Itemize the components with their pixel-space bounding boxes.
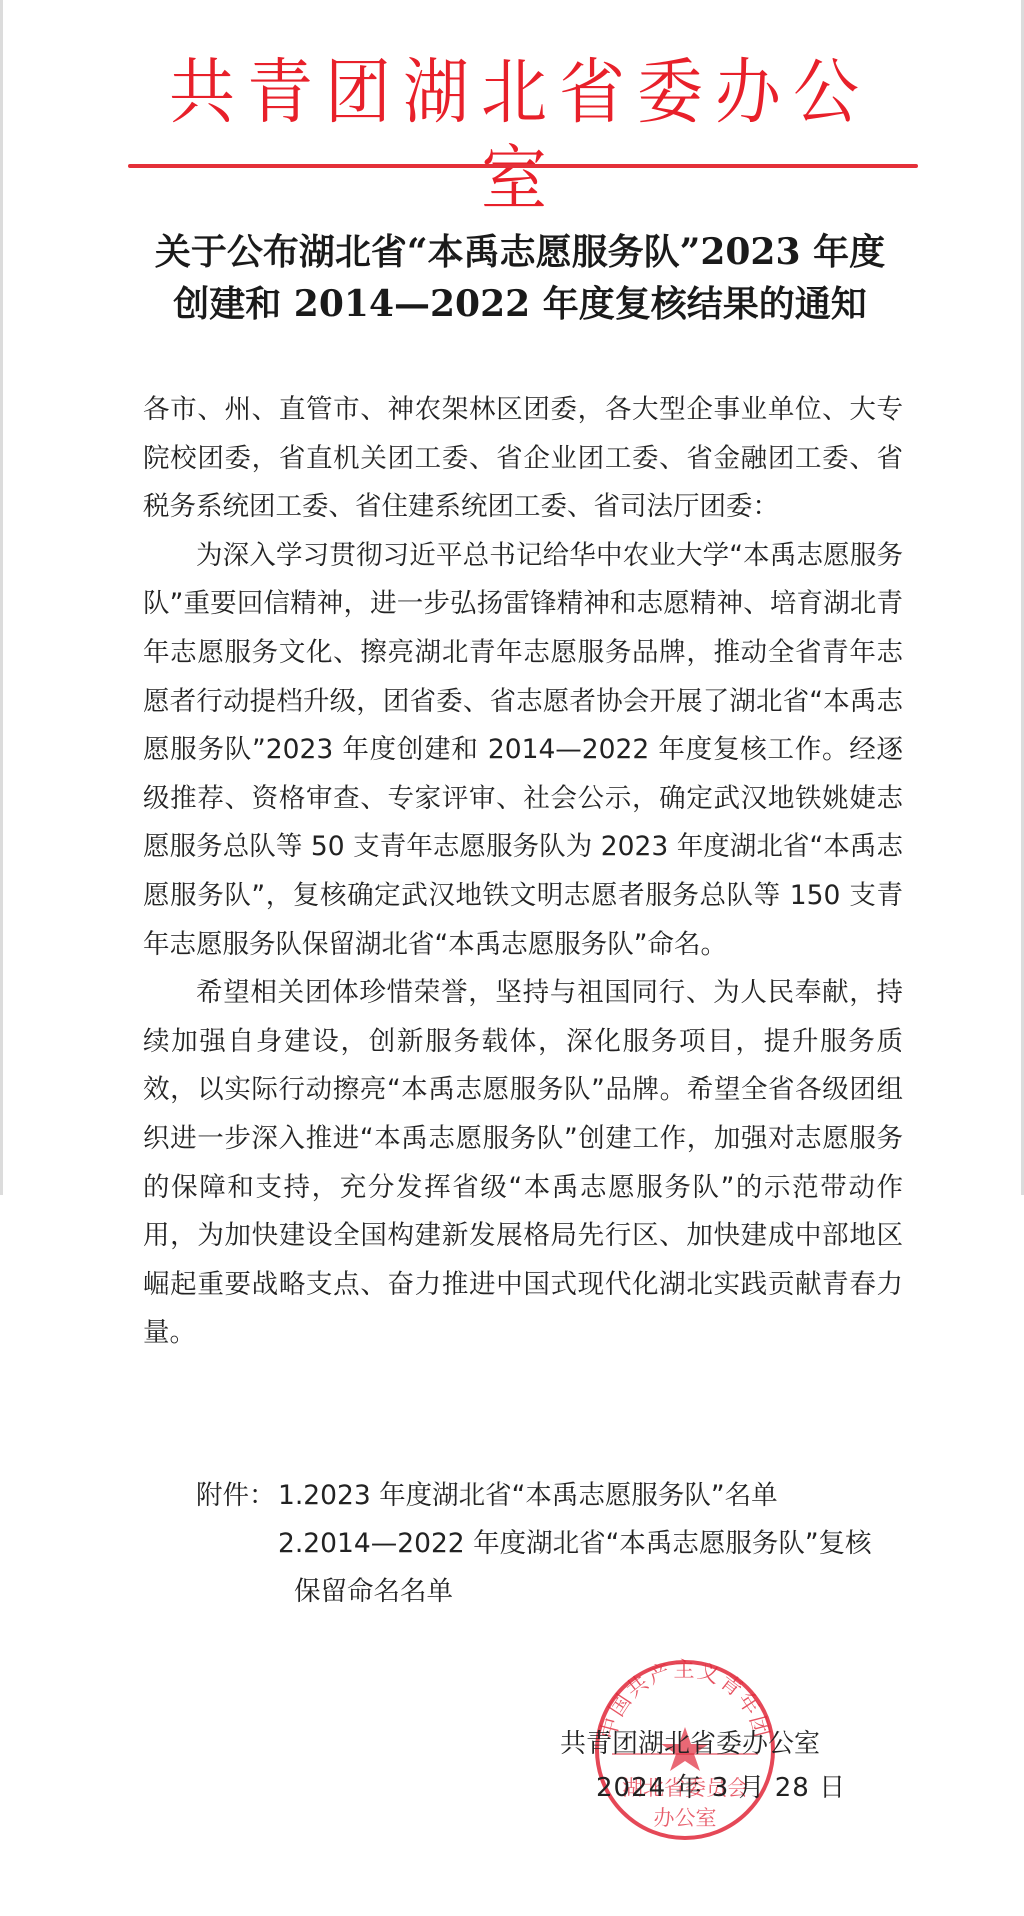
paragraph-1: 为深入学习贯彻习近平总书记给华中农业大学“本禹志愿服务队”重要回信精神，进一步弘…	[143, 532, 903, 969]
document-page: 共青团湖北省委办公室 关于公布湖北省“本禹志愿服务队”2023 年度 创建和 2…	[0, 0, 1024, 1916]
paragraph-2: 希望相关团体珍惜荣誉，坚持与祖国同行、为人民奉献，持续加强自身建设，创新服务载体…	[143, 969, 903, 1358]
document-body: 各市、州、直管市、神农架林区团委，各大型企事业单位、大专院校团委，省直机关团工委…	[143, 386, 903, 1358]
document-title: 关于公布湖北省“本禹志愿服务队”2023 年度 创建和 2014—2022 年度…	[120, 226, 920, 330]
attachments-list: 附件： 1.2023 年度湖北省“本禹志愿服务队”名单 2.2014—2022 …	[196, 1472, 916, 1616]
red-divider-rule	[128, 164, 918, 168]
attachment-item-2-continuation: 保留命名名单	[278, 1568, 916, 1616]
salutation: 各市、州、直管市、神农架林区团委，各大型企事业单位、大专院校团委，省直机关团工委…	[143, 386, 903, 532]
attachments-label: 附件：	[196, 1472, 278, 1520]
signing-organization: 共青团湖北省委办公室	[560, 1722, 900, 1766]
title-line-2: 创建和 2014—2022 年度复核结果的通知	[120, 278, 920, 330]
attachment-item-2-text: 2.2014—2022 年度湖北省“本禹志愿服务队”复核	[278, 1528, 872, 1559]
signing-date: 2024 年 3 月 28 日	[560, 1766, 900, 1810]
attachment-item-2: 2.2014—2022 年度湖北省“本禹志愿服务队”复核 保留命名名单	[278, 1520, 916, 1616]
title-line-1: 关于公布湖北省“本禹志愿服务队”2023 年度	[120, 226, 920, 278]
signature-block: 共青团湖北省委办公室 2024 年 3 月 28 日	[560, 1722, 900, 1810]
red-masthead: 共青团湖北省委办公室	[140, 50, 900, 223]
attachment-item-1: 1.2023 年度湖北省“本禹志愿服务队”名单	[278, 1472, 916, 1520]
scan-edge-left	[0, 0, 3, 1195]
attachments-label-spacer	[196, 1520, 278, 1616]
